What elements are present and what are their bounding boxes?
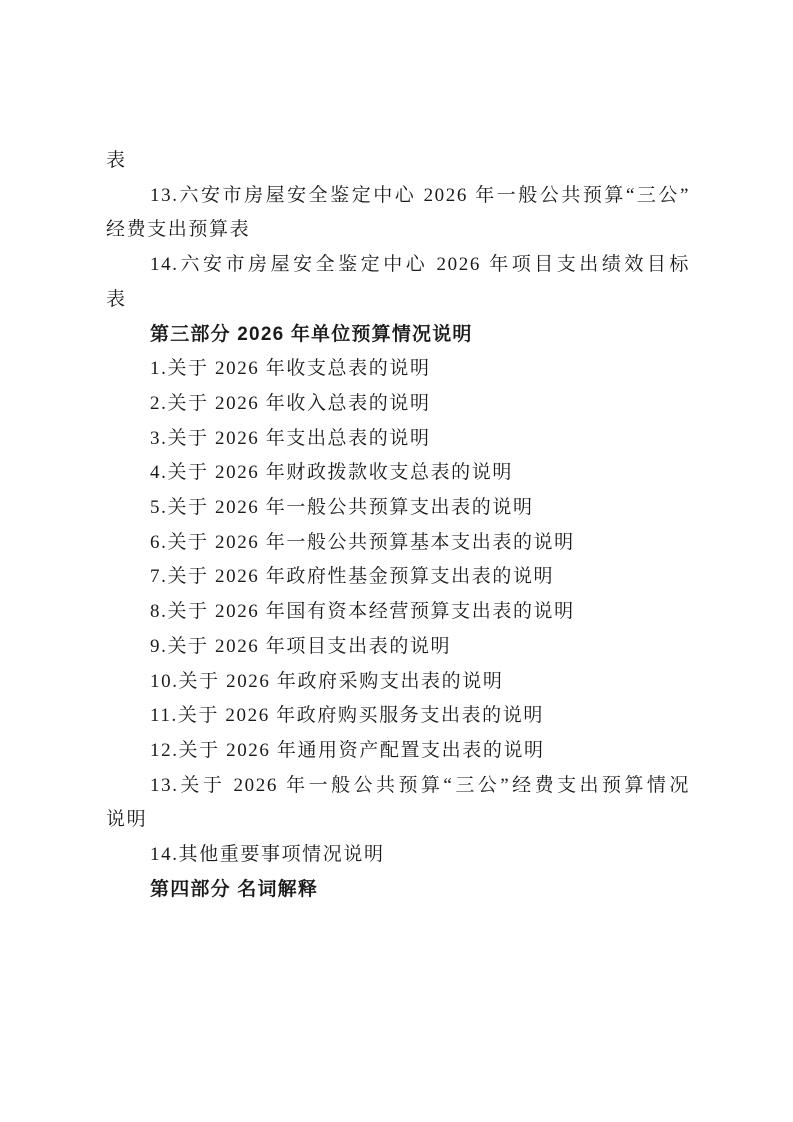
toc-line: 14.六安市房屋安全鉴定中心 2026 年项目支出绩效目标 [106, 248, 690, 283]
toc-line: 4.关于 2026 年财政拨款收支总表的说明 [106, 456, 690, 491]
section-heading: 第三部分 2026 年单位预算情况说明 [106, 318, 690, 353]
toc-line: 1.关于 2026 年收支总表的说明 [106, 352, 690, 387]
toc-line: 11.关于 2026 年政府购买服务支出表的说明 [106, 699, 690, 734]
document-page: 表13.六安市房屋安全鉴定中心 2026 年一般公共预算“三公”经费支出预算表1… [0, 0, 793, 1122]
toc-line: 9.关于 2026 年项目支出表的说明 [106, 630, 690, 665]
toc-line: 12.关于 2026 年通用资产配置支出表的说明 [106, 734, 690, 769]
toc-line: 说明 [106, 803, 690, 838]
toc-line: 8.关于 2026 年国有资本经营预算支出表的说明 [106, 595, 690, 630]
toc-line: 7.关于 2026 年政府性基金预算支出表的说明 [106, 560, 690, 595]
toc-line: 2.关于 2026 年收入总表的说明 [106, 387, 690, 422]
toc-line: 10.关于 2026 年政府采购支出表的说明 [106, 665, 690, 700]
section-heading: 第四部分 名词解释 [106, 873, 690, 908]
toc-line: 5.关于 2026 年一般公共预算支出表的说明 [106, 491, 690, 526]
toc-text-block: 表13.六安市房屋安全鉴定中心 2026 年一般公共预算“三公”经费支出预算表1… [106, 144, 690, 907]
toc-line: 13.六安市房屋安全鉴定中心 2026 年一般公共预算“三公” [106, 179, 690, 214]
toc-line: 6.关于 2026 年一般公共预算基本支出表的说明 [106, 526, 690, 561]
toc-line: 3.关于 2026 年支出总表的说明 [106, 422, 690, 457]
toc-line: 13.关于 2026 年一般公共预算“三公”经费支出预算情况 [106, 769, 690, 804]
toc-line: 经费支出预算表 [106, 213, 690, 248]
toc-line: 表 [106, 283, 690, 318]
toc-line: 14.其他重要事项情况说明 [106, 838, 690, 873]
toc-line: 表 [106, 144, 690, 179]
